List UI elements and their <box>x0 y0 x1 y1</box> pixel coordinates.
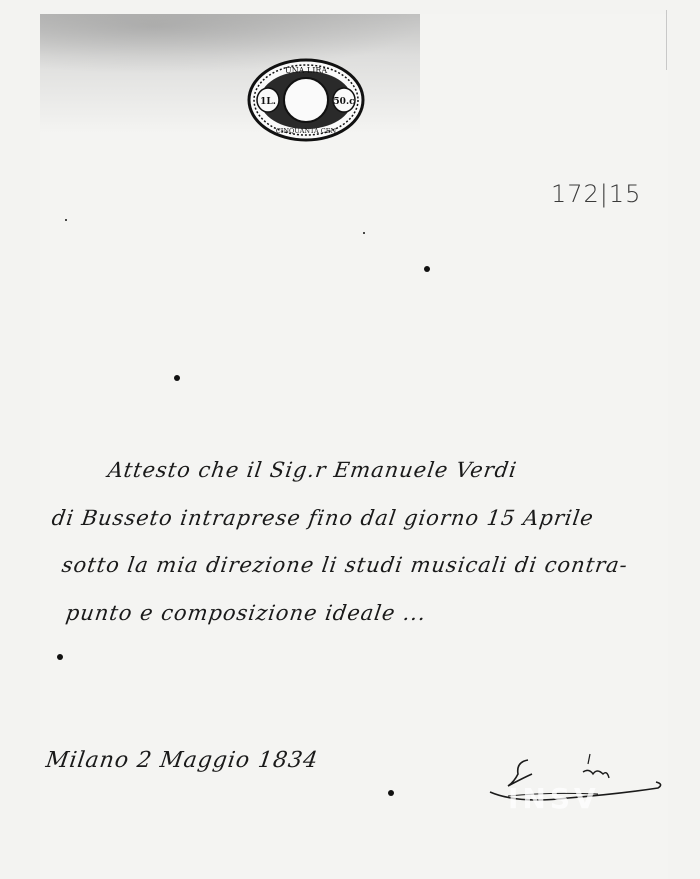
stamp-right-value: 50.c <box>333 97 355 107</box>
watermark-caption <box>512 822 662 832</box>
letter-line-4: punto e composizione ideale ... <box>64 601 428 625</box>
ink-speck <box>363 232 365 234</box>
ink-dot <box>388 790 394 796</box>
stamp-left-value: 1L. <box>260 97 276 107</box>
ink-speck <box>65 219 67 221</box>
letter-line-2: di Busseto intraprese fino dal giorno 15… <box>50 506 595 530</box>
stamp-bottom-text: CINQUANTA CEN <box>276 127 337 135</box>
ink-dot <box>424 266 430 272</box>
letter-line-3: sotto la mia direzione li studi musicali… <box>60 553 629 577</box>
letter-line-1: Attesto che il Sig.r Emanuele Verdi <box>106 458 518 482</box>
revenue-stamp: UNA LIRA CINQUANTA CEN 1L. 50.c <box>247 58 365 142</box>
ink-dot <box>174 375 180 381</box>
date-line: Milano 2 Maggio 1834 <box>44 748 320 773</box>
paper-edge <box>666 10 667 70</box>
stamp-top-text: UNA LIRA <box>285 66 328 75</box>
ink-dot <box>57 654 63 660</box>
archive-number: 172|15 <box>551 180 641 208</box>
watermark-logo: INSV <box>508 782 600 815</box>
